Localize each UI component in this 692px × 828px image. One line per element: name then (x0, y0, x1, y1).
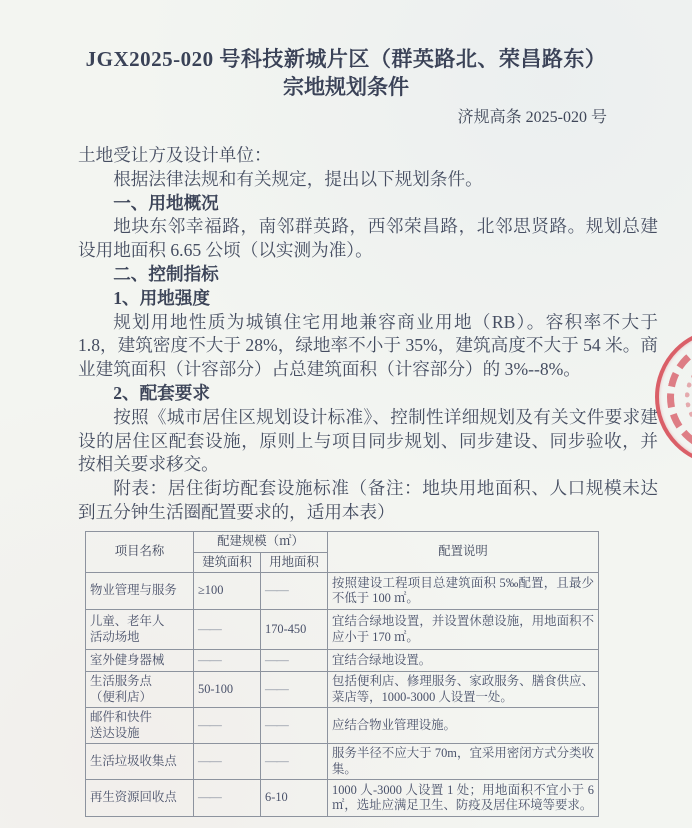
cell-land-area: —— (261, 744, 328, 780)
header-floor-area: 建筑面积 (194, 552, 261, 573)
cell-project-name: 邮件和快件 送达设施 (86, 708, 194, 744)
paragraph-addressee: 土地受让方及设计单位： (78, 144, 658, 168)
cell-floor-area: —— (194, 744, 261, 780)
cell-floor-area: —— (194, 610, 261, 650)
paragraph-supporting-requirements: 按照《城市居住区规划设计标准》、控制性详细规划及有关文件要求建设的居住区配套设施… (78, 406, 658, 477)
cell-project-name: 生活服务点 （便利店） (86, 672, 194, 708)
table-row-outdoor-fitness: 室外健身器械 —— —— 宜结合绿地设置。 (86, 650, 599, 672)
cell-land-area: 170-450 (261, 610, 328, 650)
cell-land-area: —— (261, 708, 328, 744)
document-number: 济规高条 2025-020 号 (458, 104, 607, 127)
cell-project-name: 儿童、老年人 活动场地 (86, 610, 194, 650)
cell-project-name: 室外健身器械 (86, 650, 194, 672)
cell-land-area: —— (261, 650, 328, 672)
cell-description: 1000 人-3000 人设置 1 处；用地面积不宜小于 6 ㎡，选址应满足卫生… (328, 780, 599, 817)
cell-project-name: 生活垃圾收集点 (86, 744, 194, 780)
heading-control-indicators: 二、控制指标 (78, 263, 658, 287)
table-row-mail-delivery: 邮件和快件 送达设施 —— —— 应结合物业管理设施。 (86, 708, 599, 744)
cell-floor-area: —— (194, 780, 261, 817)
cell-description: 宜结合绿地设置，并设置休憩设施，用地面积不应小于 170 ㎡。 (328, 610, 599, 650)
document-body: 土地受让方及设计单位： 根据法律法规和有关规定，提出以下规划条件。 一、用地概况… (78, 144, 658, 525)
paragraph-land-overview: 地块东邻幸福路，南邻群英路，西邻荣昌路，北邻思贤路。规划总建设用地面积 6.65… (78, 215, 658, 263)
cell-description: 包括便利店、修理服务、家政服务、膳食供应、菜店等，1000-3000 人设置一处… (328, 672, 599, 708)
table-row-life-service-point: 生活服务点 （便利店） 50-100 —— 包括便利店、修理服务、家政服务、膳食… (86, 672, 599, 708)
cell-land-area: —— (261, 573, 328, 610)
cell-description: 服务半径不应大于 70m，宜采用密闭方式分类收集。 (328, 744, 599, 780)
heading-land-intensity: 1、用地强度 (78, 287, 658, 311)
cell-floor-area: 50-100 (194, 672, 261, 708)
cell-project-name: 再生资源回收点 (86, 780, 194, 817)
paragraph-land-intensity: 规划用地性质为城镇住宅用地兼容商业用地（RB）。容积率不大于 1.8，建筑密度不… (78, 311, 658, 382)
table-header-row-1: 项目名称 配建规模（㎡） 配置说明 (86, 532, 599, 553)
heading-land-overview: 一、用地概况 (78, 192, 658, 216)
scanned-document-page: JGX2025-020 号科技新城片区（群英路北、荣昌路东） 宗地规划条件 济规… (0, 0, 692, 828)
cell-floor-area: —— (194, 650, 261, 672)
cell-description: 宜结合绿地设置。 (328, 650, 599, 672)
document-title-line1: JGX2025-020 号科技新城片区（群英路北、荣昌路东） (0, 46, 692, 73)
heading-supporting-requirements: 2、配套要求 (78, 382, 658, 406)
table-row-activity-ground: 儿童、老年人 活动场地 —— 170-450 宜结合绿地设置，并设置休憩设施，用… (86, 610, 599, 650)
cell-land-area: 6-10 (261, 780, 328, 817)
table-row-recycling-point: 再生资源回收点 —— 6-10 1000 人-3000 人设置 1 处；用地面积… (86, 780, 599, 817)
header-land-area: 用地面积 (261, 552, 328, 573)
paragraph-appendix-note: 附表：居住街坊配套设施标准（备注：地块用地面积、人口规模未达到五分钟生活圈配置要… (78, 477, 658, 525)
facilities-standard-table: 项目名称 配建规模（㎡） 配置说明 建筑面积 用地面积 物业管理与服务 ≥100… (85, 531, 599, 817)
document-title: JGX2025-020 号科技新城片区（群英路北、荣昌路东） 宗地规划条件 (0, 46, 692, 101)
official-seal-stamp (655, 328, 692, 466)
table-row-property-management: 物业管理与服务 ≥100 —— 按照建设工程项目总建筑面积 5‰配置，且最少不低… (86, 573, 599, 610)
cell-description: 应结合物业管理设施。 (328, 708, 599, 744)
cell-land-area: —— (261, 672, 328, 708)
table-row-garbage-collection: 生活垃圾收集点 —— —— 服务半径不应大于 70m，宜采用密闭方式分类收集。 (86, 744, 599, 780)
cell-description: 按照建设工程项目总建筑面积 5‰配置，且最少不低于 100 ㎡。 (328, 573, 599, 610)
document-title-line2: 宗地规划条件 (0, 74, 692, 101)
header-description: 配置说明 (328, 532, 599, 573)
header-project-name: 项目名称 (86, 532, 194, 573)
cell-project-name: 物业管理与服务 (86, 573, 194, 610)
paragraph-legal-basis: 根据法律法规和有关规定，提出以下规划条件。 (78, 168, 658, 192)
cell-floor-area: —— (194, 708, 261, 744)
header-scale-group: 配建规模（㎡） (194, 532, 328, 553)
cell-floor-area: ≥100 (194, 573, 261, 610)
